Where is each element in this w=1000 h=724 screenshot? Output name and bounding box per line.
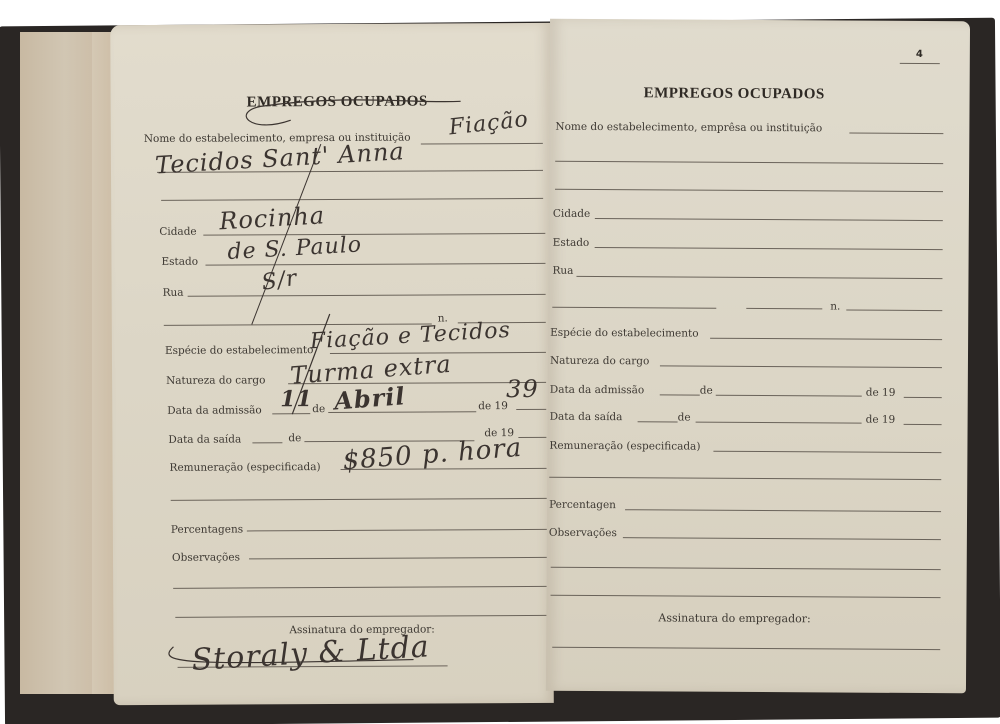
- field-line: [173, 586, 547, 589]
- admissao-ano-line: [516, 409, 546, 410]
- label-natureza: Natureza do cargo: [166, 374, 265, 387]
- field-line: [746, 308, 822, 309]
- label-estado: Estado: [161, 256, 198, 268]
- field-line: [171, 498, 547, 501]
- saida-ano-line: [904, 424, 942, 425]
- field-line: [552, 307, 716, 309]
- label-admissao: Data da admissão: [550, 384, 645, 397]
- field-line: [555, 189, 943, 192]
- label-assinatura: Assinatura do empregador:: [658, 611, 810, 625]
- field-line: [551, 595, 941, 598]
- nome-line: [849, 133, 943, 135]
- label-remuneracao: Remuneração (especificada): [549, 440, 700, 453]
- handwritten-admissao-dia: 11: [280, 386, 313, 412]
- natureza-line: [660, 365, 942, 368]
- handwritten-rua: S/r: [260, 266, 299, 296]
- admissao-dia-line: [660, 394, 700, 395]
- label-saida-de19: de 19: [866, 414, 896, 426]
- field-line: [161, 198, 543, 201]
- rua-line: [576, 276, 942, 279]
- label-saida: Data da saída: [168, 433, 241, 445]
- percentagens-line: [625, 509, 941, 512]
- especie-line: [710, 338, 942, 340]
- right-page: 4 EMPREGOS OCUPADOS Nome do estabelecime…: [546, 19, 970, 694]
- assinatura-line: [552, 647, 940, 650]
- page-title: EMPREGOS OCUPADOS: [247, 93, 428, 111]
- label-saida-de: de: [288, 432, 301, 444]
- label-saida-de: de: [678, 412, 691, 424]
- estado-line: [595, 247, 943, 250]
- handwritten-admissao-mes: Abril: [333, 381, 406, 415]
- handwritten-nome-1: Fiação: [448, 107, 530, 141]
- label-especie: Espécie do estabelecimento: [550, 327, 699, 340]
- cidade-line: [595, 218, 943, 221]
- label-especie: Espécie do estabelecimento: [165, 344, 314, 357]
- page-title: EMPREGOS OCUPADOS: [644, 85, 825, 103]
- page-number-underline: [900, 63, 940, 64]
- label-remuneracao: Remuneração (especificada): [170, 461, 321, 474]
- admissao-ano-line: [904, 397, 942, 398]
- label-estado: Estado: [553, 237, 590, 249]
- label-percentagens: Percentagens: [171, 523, 243, 535]
- field-line: [555, 161, 943, 164]
- saida-dia-line: [252, 442, 282, 443]
- label-cidade: Cidade: [159, 226, 196, 238]
- label-rua: Rua: [163, 287, 184, 299]
- label-percentagens: Percentagen: [549, 499, 616, 511]
- rua-line: [188, 294, 546, 297]
- observacoes-line: [623, 537, 941, 540]
- label-admissao: Data da admissão: [167, 404, 262, 416]
- saida-dia-line: [638, 421, 678, 422]
- handwritten-remuneracao: $850 p. hora: [342, 433, 524, 476]
- saida-mes-line: [696, 422, 862, 424]
- handwritten-cidade: Rocinha: [219, 201, 326, 235]
- numero-line: [846, 310, 942, 312]
- field-line: [175, 615, 547, 618]
- percentagens-line: [247, 529, 547, 532]
- label-rua: Rua: [552, 265, 573, 277]
- label-admissao-de: de: [700, 385, 713, 397]
- label-observacoes: Observações: [549, 527, 617, 539]
- label-admissao-de: de: [312, 403, 325, 415]
- label-nome: Nome do estabelecimento, emprêsa ou inst…: [555, 121, 822, 135]
- label-admissao-de19: de 19: [866, 387, 896, 399]
- label-numero: n.: [830, 300, 840, 312]
- saida-ano-line: [518, 437, 546, 438]
- handwritten-admissao-ano: 39: [506, 375, 539, 403]
- page-number: 4: [916, 49, 923, 60]
- handwritten-estado: de S. Paulo: [227, 232, 363, 265]
- admissao-mes-line: [716, 395, 862, 397]
- field-line: [551, 567, 941, 570]
- label-saida: Data da saída: [550, 411, 623, 423]
- remuneracao-line: [713, 451, 941, 453]
- field-line: [549, 477, 941, 480]
- field-line: [421, 143, 543, 145]
- label-cidade: Cidade: [553, 208, 590, 220]
- observacoes-line: [249, 557, 547, 560]
- left-page: EMPREGOS OCUPADOS Nome do estabeleciment…: [110, 23, 554, 705]
- label-natureza: Natureza do cargo: [550, 355, 649, 368]
- admissao-dia-line: [272, 413, 310, 414]
- label-observacoes: Observações: [172, 551, 240, 563]
- handwritten-signature: Storaly & Ltda: [191, 629, 431, 678]
- label-admissao-de19: de 19: [478, 400, 508, 412]
